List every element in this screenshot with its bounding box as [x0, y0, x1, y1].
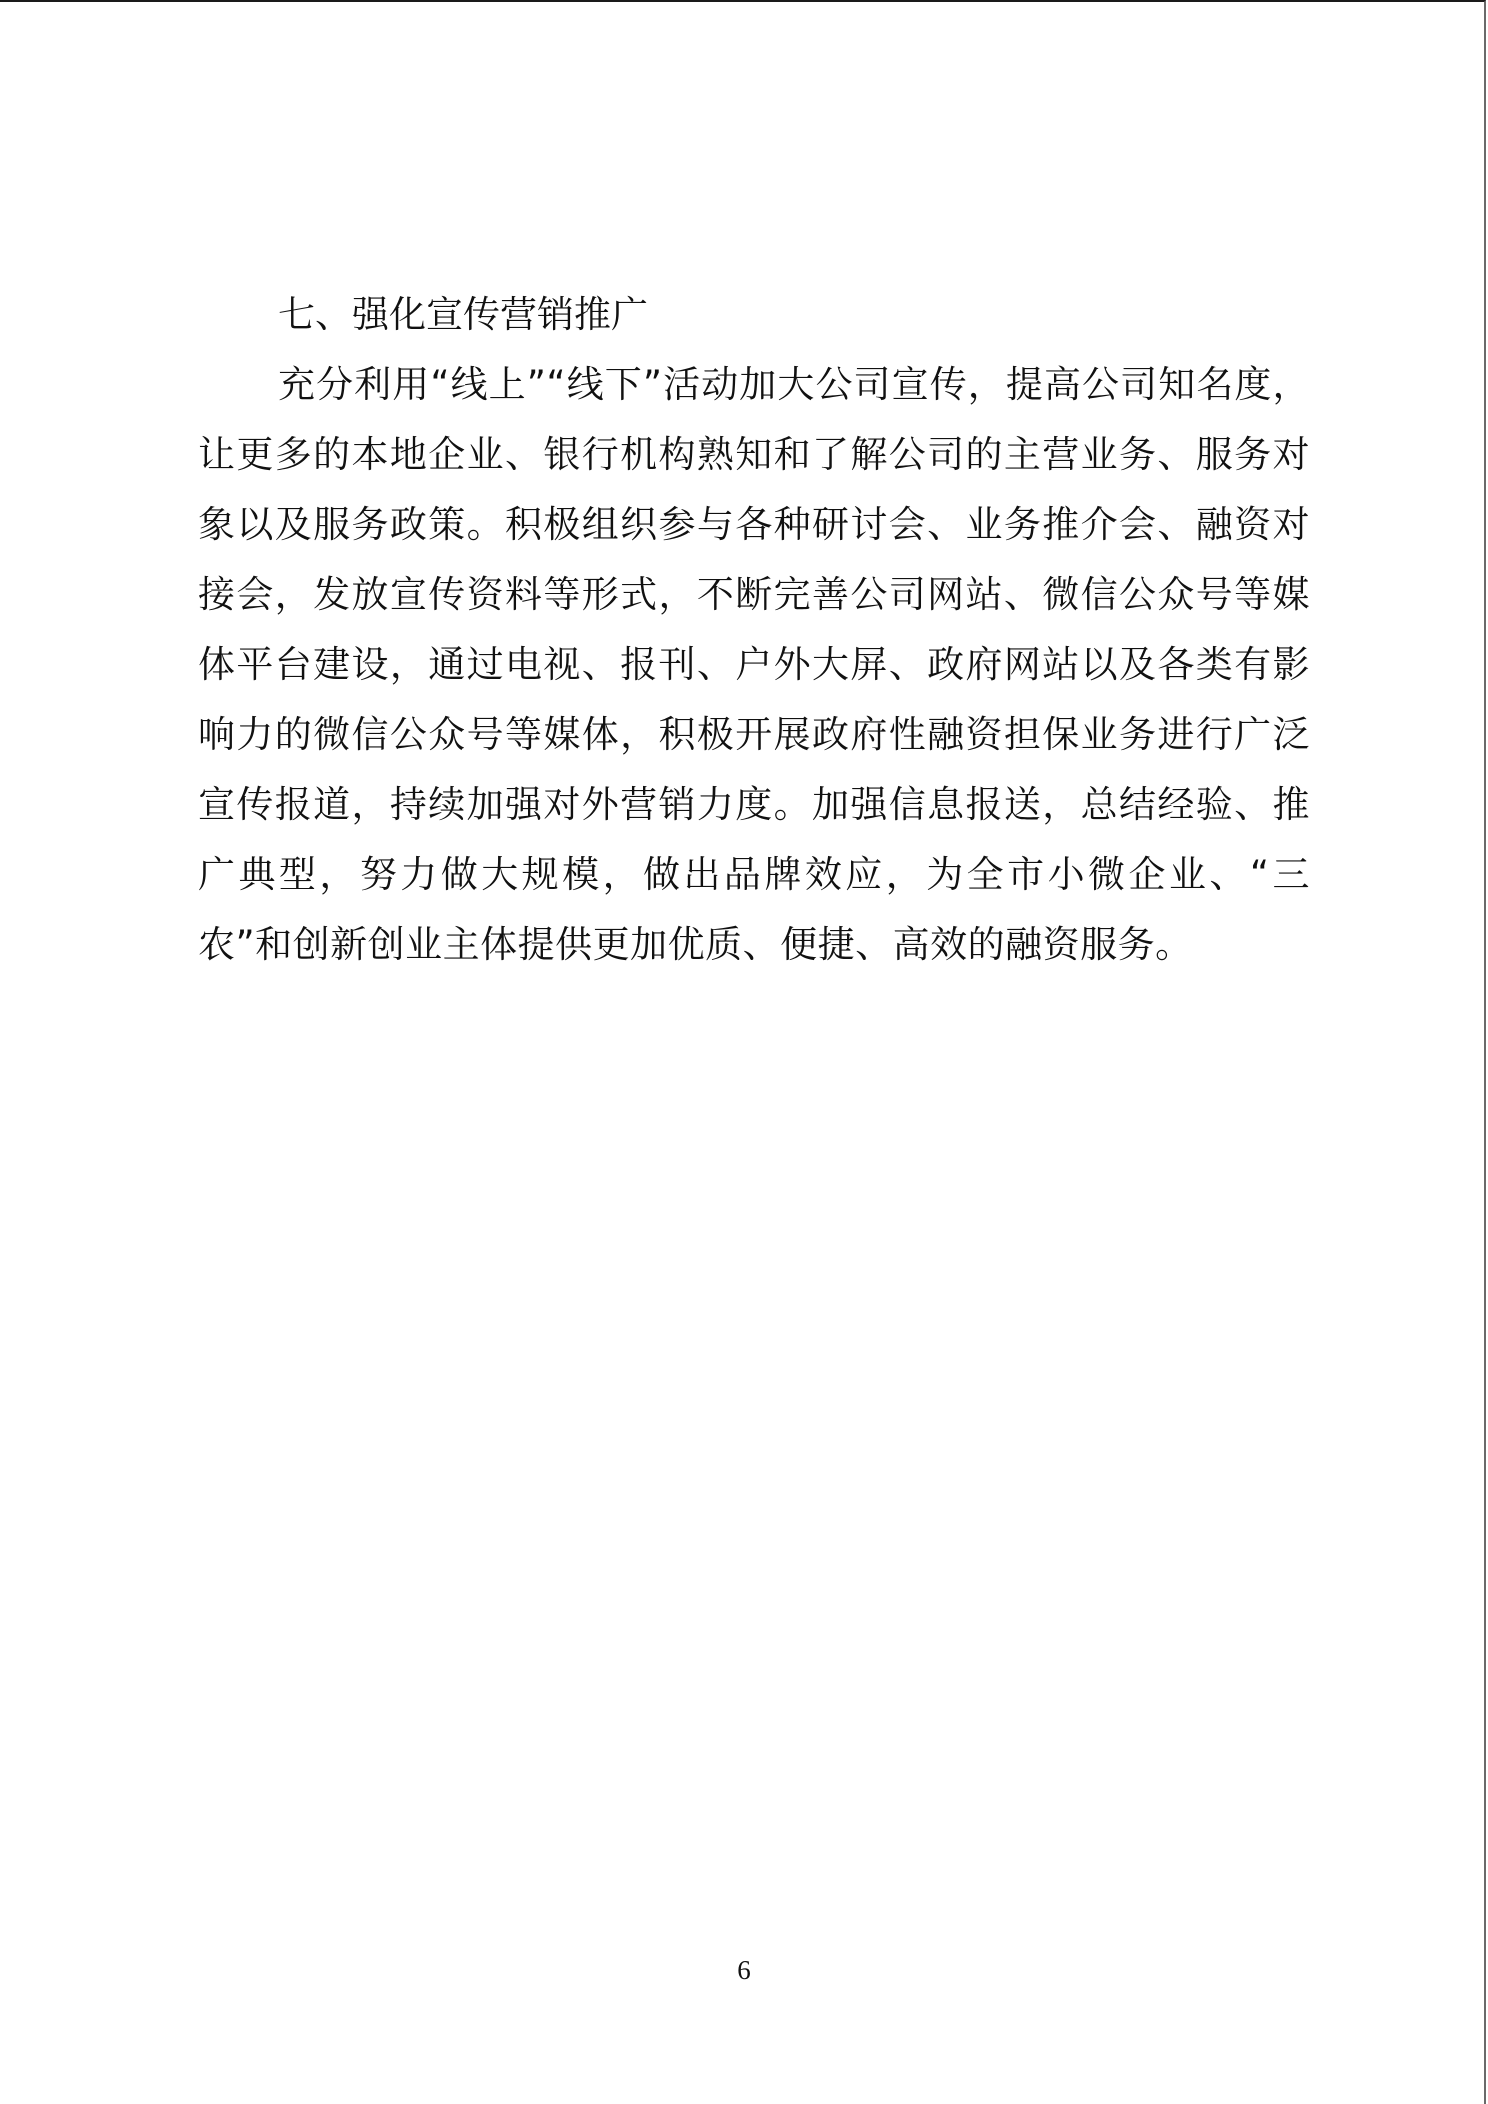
section-heading: 七、强化宣传营销推广	[198, 280, 1310, 350]
document-body: 七、强化宣传营销推广 充分利用“线上”“线下”活动加大公司宣传，提高公司知名度，…	[198, 280, 1310, 980]
page-number: 6	[0, 1955, 1488, 1986]
document-page: 七、强化宣传营销推广 充分利用“线上”“线下”活动加大公司宣传，提高公司知名度，…	[0, 0, 1486, 2104]
body-paragraph: 充分利用“线上”“线下”活动加大公司宣传，提高公司知名度，让更多的本地企业、银行…	[198, 350, 1310, 980]
